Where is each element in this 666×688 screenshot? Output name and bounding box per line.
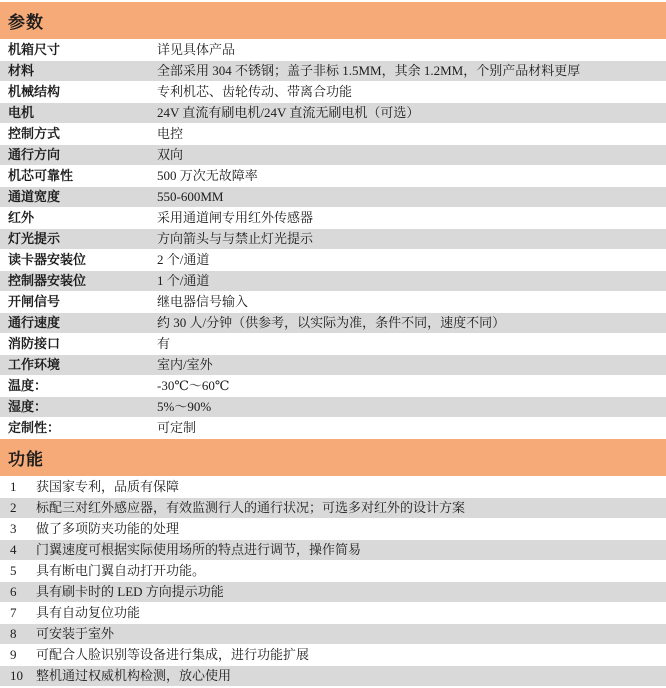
param-value: 全部采用 304 不锈钢；盖子非标 1.5MM，其余 1.2MM，个别产品材料更… — [157, 61, 666, 81]
feature-row: 7具有自动复位功能 — [0, 603, 666, 624]
feature-text: 具有刷卡时的 LED 方向提示功能 — [36, 582, 666, 602]
param-row: 控制器安装位1 个/通道 — [0, 271, 666, 292]
param-value: 500 万次无故障率 — [157, 166, 666, 186]
param-label: 通行方向 — [0, 145, 157, 165]
param-value: 室内/室外 — [157, 355, 666, 375]
param-value: 有 — [157, 334, 666, 354]
params-section-title: 参数 — [8, 8, 44, 33]
param-label: 读卡器安装位 — [0, 250, 157, 270]
param-row: 定制性：可定制 — [0, 418, 666, 439]
feature-row: 8可安装于室外 — [0, 624, 666, 645]
feature-number: 7 — [0, 603, 36, 623]
param-value: 方向箭头与与禁止灯光提示 — [157, 229, 666, 249]
param-row: 消防接口有 — [0, 334, 666, 355]
feature-text: 整机通过权威机构检测，放心使用 — [36, 666, 666, 686]
param-row: 通行速度约 30 人/分钟（供参考，以实际为准，条件不同，速度不同） — [0, 313, 666, 334]
param-row: 温度：-30℃～60℃ — [0, 376, 666, 397]
param-row: 电机24V 直流有刷电机/24V 直流无刷电机（可选） — [0, 103, 666, 124]
features-section-title: 功能 — [8, 445, 44, 470]
param-label: 电机 — [0, 103, 157, 123]
param-label: 湿度： — [0, 397, 157, 417]
feature-number: 5 — [0, 561, 36, 581]
param-value: 电控 — [157, 124, 666, 144]
feature-text: 可配合人脸识别等设备进行集成，进行功能扩展 — [36, 645, 666, 665]
spec-document: 参数 机箱尺寸详见具体产品 材料全部采用 304 不锈钢；盖子非标 1.5MM，… — [0, 0, 666, 687]
param-label: 通行速度 — [0, 313, 157, 333]
param-label: 通道宽度 — [0, 187, 157, 207]
feature-row: 1获国家专利，品质有保障 — [0, 477, 666, 498]
param-row: 机械结构专利机芯、齿轮传动、带离合功能 — [0, 82, 666, 103]
feature-number: 6 — [0, 582, 36, 602]
feature-row: 5具有断电门翼自动打开功能。 — [0, 561, 666, 582]
params-table: 机箱尺寸详见具体产品 材料全部采用 304 不锈钢；盖子非标 1.5MM，其余 … — [0, 40, 666, 439]
feature-number: 10 — [0, 666, 36, 686]
param-row: 读卡器安装位2 个/通道 — [0, 250, 666, 271]
features-list: 1获国家专利，品质有保障 2标配三对红外感应器，有效监测行人的通行状况；可选多对… — [0, 477, 666, 687]
param-label: 定制性： — [0, 418, 157, 438]
param-value: 2 个/通道 — [157, 250, 666, 270]
param-value: 可定制 — [157, 418, 666, 438]
param-value: 550-600MM — [157, 187, 666, 207]
param-value: 约 30 人/分钟（供参考，以实际为准，条件不同，速度不同） — [157, 313, 666, 333]
feature-row: 3做了多项防夹功能的处理 — [0, 519, 666, 540]
param-row: 湿度：5%～90% — [0, 397, 666, 418]
feature-number: 1 — [0, 477, 36, 497]
feature-text: 做了多项防夹功能的处理 — [36, 519, 666, 539]
param-value: 继电器信号输入 — [157, 292, 666, 312]
param-row: 开闸信号继电器信号输入 — [0, 292, 666, 313]
param-row: 机芯可靠性500 万次无故障率 — [0, 166, 666, 187]
param-value: 1 个/通道 — [157, 271, 666, 291]
param-label: 机械结构 — [0, 82, 157, 102]
param-row: 控制方式电控 — [0, 124, 666, 145]
feature-number: 3 — [0, 519, 36, 539]
param-label: 消防接口 — [0, 334, 157, 354]
param-row: 灯光提示方向箭头与与禁止灯光提示 — [0, 229, 666, 250]
param-label: 红外 — [0, 208, 157, 228]
param-label: 温度： — [0, 376, 157, 396]
feature-row: 2标配三对红外感应器，有效监测行人的通行状况；可选多对红外的设计方案 — [0, 498, 666, 519]
param-label: 控制方式 — [0, 124, 157, 144]
features-section: 功能 1获国家专利，品质有保障 2标配三对红外感应器，有效监测行人的通行状况；可… — [0, 439, 666, 687]
feature-text: 可安装于室外 — [36, 624, 666, 644]
feature-row: 6具有刷卡时的 LED 方向提示功能 — [0, 582, 666, 603]
feature-number: 4 — [0, 540, 36, 560]
param-row: 工作环境室内/室外 — [0, 355, 666, 376]
param-label: 开闸信号 — [0, 292, 157, 312]
param-value: 5%～90% — [157, 397, 666, 417]
feature-text: 具有自动复位功能 — [36, 603, 666, 623]
features-section-header: 功能 — [0, 439, 666, 477]
params-section-header: 参数 — [0, 2, 666, 40]
param-row: 红外采用通道闸专用红外传感器 — [0, 208, 666, 229]
feature-number: 9 — [0, 645, 36, 665]
param-row: 材料全部采用 304 不锈钢；盖子非标 1.5MM，其余 1.2MM，个别产品材… — [0, 61, 666, 82]
feature-number: 8 — [0, 624, 36, 644]
param-row: 机箱尺寸详见具体产品 — [0, 40, 666, 61]
param-label: 机芯可靠性 — [0, 166, 157, 186]
feature-text: 具有断电门翼自动打开功能。 — [36, 561, 666, 581]
param-label: 材料 — [0, 61, 157, 81]
feature-text: 标配三对红外感应器，有效监测行人的通行状况；可选多对红外的设计方案 — [36, 498, 666, 518]
param-value: 采用通道闸专用红外传感器 — [157, 208, 666, 228]
param-value: 双向 — [157, 145, 666, 165]
param-value: -30℃～60℃ — [157, 376, 666, 396]
param-label: 机箱尺寸 — [0, 40, 157, 60]
param-value: 详见具体产品 — [157, 40, 666, 60]
param-label: 工作环境 — [0, 355, 157, 375]
feature-text: 门翼速度可根据实际使用场所的特点进行调节，操作简易 — [36, 540, 666, 560]
param-row: 通道宽度550-600MM — [0, 187, 666, 208]
param-label: 灯光提示 — [0, 229, 157, 249]
feature-number: 2 — [0, 498, 36, 518]
param-value: 专利机芯、齿轮传动、带离合功能 — [157, 82, 666, 102]
feature-row: 4门翼速度可根据实际使用场所的特点进行调节，操作简易 — [0, 540, 666, 561]
feature-text: 获国家专利，品质有保障 — [36, 477, 666, 497]
param-label: 控制器安装位 — [0, 271, 157, 291]
feature-row: 9可配合人脸识别等设备进行集成，进行功能扩展 — [0, 645, 666, 666]
params-section: 参数 机箱尺寸详见具体产品 材料全部采用 304 不锈钢；盖子非标 1.5MM，… — [0, 2, 666, 439]
param-value: 24V 直流有刷电机/24V 直流无刷电机（可选） — [157, 103, 666, 123]
feature-row: 10整机通过权威机构检测，放心使用 — [0, 666, 666, 687]
param-row: 通行方向双向 — [0, 145, 666, 166]
